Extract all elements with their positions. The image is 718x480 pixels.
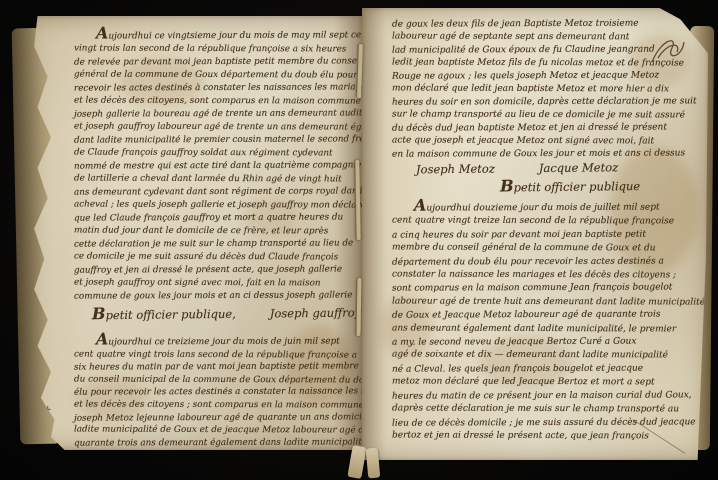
- manuscript-line: nommé de mestre qui est acte tiré dant l…: [74, 159, 358, 173]
- manuscript-line: six heures du matin par de vant moi jean…: [74, 361, 358, 375]
- manuscript-line: de lartillerie a cheval dant larmée du R…: [74, 173, 358, 187]
- manuscript-line: cette déclaration je me suit sur le cham…: [74, 237, 358, 251]
- death-act-entry-12-july: Aujourdhui douzieme jour du mois de juil…: [392, 198, 704, 443]
- binding-tie: [366, 448, 381, 479]
- officer-signature: Bpetit officier publique: [500, 175, 640, 195]
- manuscript-line: de Claude françois gauffroy soldat aux r…: [74, 147, 358, 161]
- death-act-entry-13-june: Aujourdhui ce treizieme jour du mois de …: [74, 333, 358, 449]
- manuscript-line: recevoir les actes destinés à constater …: [74, 81, 358, 95]
- manuscript-line: ce domicile je me suit assuré du décès d…: [74, 251, 358, 265]
- archive-photo-backdrop: { "scene": { "background_color": "#0a090…: [0, 0, 718, 480]
- manuscript-line: vingt trois lan second de la république …: [74, 43, 358, 57]
- manuscript-line: sur le champ transporté au lieu de ce do…: [392, 108, 704, 122]
- manuscript-line: Aujourdhui ce vingtsieme jour du mois de…: [74, 25, 358, 43]
- manuscript-line: département du doub élu pour recevoir le…: [392, 255, 704, 270]
- manuscript-line: et joseph gauffroy laboureur agé de tren…: [74, 121, 358, 135]
- manuscript-line: et les décès des citoyens, sont comparus…: [74, 95, 358, 109]
- manuscript-line: de Goux et Jeacque Metoz laboureur agé d…: [392, 309, 704, 324]
- manuscript-line: que led Claude françois gauffroy et mort…: [74, 211, 358, 225]
- manuscript-line: acheval ; les quels joseph gallerie et j…: [74, 199, 358, 213]
- signature-row: Bpetit officier publique: [392, 174, 704, 193]
- manuscript-line: acte que joseph et jeacque Metoz ont sig…: [392, 134, 704, 148]
- left-page: Aujourdhui ce vingtsieme jour du mois de…: [24, 16, 362, 450]
- manuscript-line: ans demeurant également dant ladite muni…: [392, 322, 704, 336]
- left-page-text: Aujourdhui ce vingtsieme jour du mois de…: [74, 26, 358, 449]
- manuscript-line: du décès dud jean baptiste Metoz et jen …: [392, 121, 704, 135]
- manuscript-line: Rouge ne agoux ; les quels joseph Metoz …: [392, 69, 704, 83]
- binding-thread-lower: [355, 278, 361, 336]
- manuscript-line: général de la commune de Goux départemen…: [74, 69, 358, 83]
- manuscript-line: dant ladite municipalité le premier cous…: [74, 133, 358, 147]
- manuscript-line: heures du soir en son domicile, daprès c…: [392, 95, 704, 109]
- manuscript-line: bertoz et jen ai dressé le présent acte,…: [392, 429, 704, 443]
- manuscript-line: joseph gallerie la boureau agé de trente…: [74, 107, 358, 121]
- manuscript-line: ladite municipalité de Goux et de jeacqu…: [74, 424, 358, 438]
- right-page: de goux les deux fils de jean Baptiste M…: [362, 8, 708, 460]
- signature-row: Bpetit officier publique, Joseph gauffro…: [74, 302, 358, 325]
- manuscript-line: de relevée par devant moi jean baptiste …: [74, 55, 358, 69]
- manuscript-line: Aujourdhui ce treizieme jour du mois de …: [74, 332, 358, 349]
- manuscript-line: agé de soixante et dix — demeurant dant …: [392, 349, 704, 363]
- witness-signature: Joseph Metoz: [416, 162, 495, 177]
- officer-signature: Bpetit officier publique,: [92, 303, 236, 324]
- manuscript-line: sont comparus en la maison commune Jean …: [392, 282, 704, 297]
- manuscript-line: daprès cette déclaration je me suis sur …: [392, 403, 704, 417]
- witness-signature: Joseph gauffroy: [270, 305, 362, 320]
- manuscript-line: de goux les deux fils de jean Baptiste M…: [392, 17, 704, 31]
- manuscript-line: heures du matin de ce présent jour en la…: [392, 389, 704, 404]
- binding-tie: [347, 445, 366, 479]
- manuscript-line: et joseph gauffroy ont signé avec moi, f…: [74, 277, 358, 291]
- manuscript-line: élu pour recevoir les actes destinés a c…: [74, 386, 358, 400]
- manuscript-line: et les décès des citoyens ; sont comparu…: [74, 398, 358, 412]
- manuscript-line: cent quatre vingt treize lan second de l…: [392, 215, 704, 229]
- paraph-flourish-icon: [648, 32, 692, 68]
- manuscript-line: quarante trois ans demeurant également d…: [74, 436, 358, 450]
- manuscript-line: metoz mon déclaré que led Jeacque Bertoz…: [392, 376, 704, 390]
- manuscript-line: matin dud jour dant le domicile de ce fr…: [74, 225, 358, 239]
- manuscript-line: mon déclaré que ledit jean baptiste Meto…: [392, 82, 704, 96]
- manuscript-line: membre du conseil général de la commune …: [392, 242, 704, 256]
- witness-signature: Jacque Metoz: [539, 160, 618, 175]
- death-act-entry-20-may: Aujourdhui ce vingtsieme jour du mois de…: [74, 26, 358, 303]
- manuscript-line: ans demeurant cydevant dant sont régimen…: [74, 185, 358, 199]
- manuscript-line: Aujourdhui douzieme jour du mois de juil…: [392, 197, 704, 216]
- manuscript-line: lieu de ce décès domicile ; je me suis a…: [392, 416, 704, 431]
- right-page-text: de goux les deux fils de jean Baptiste M…: [392, 18, 704, 443]
- manuscript-line: gauffroy et jen ai dressé le présent act…: [74, 263, 358, 277]
